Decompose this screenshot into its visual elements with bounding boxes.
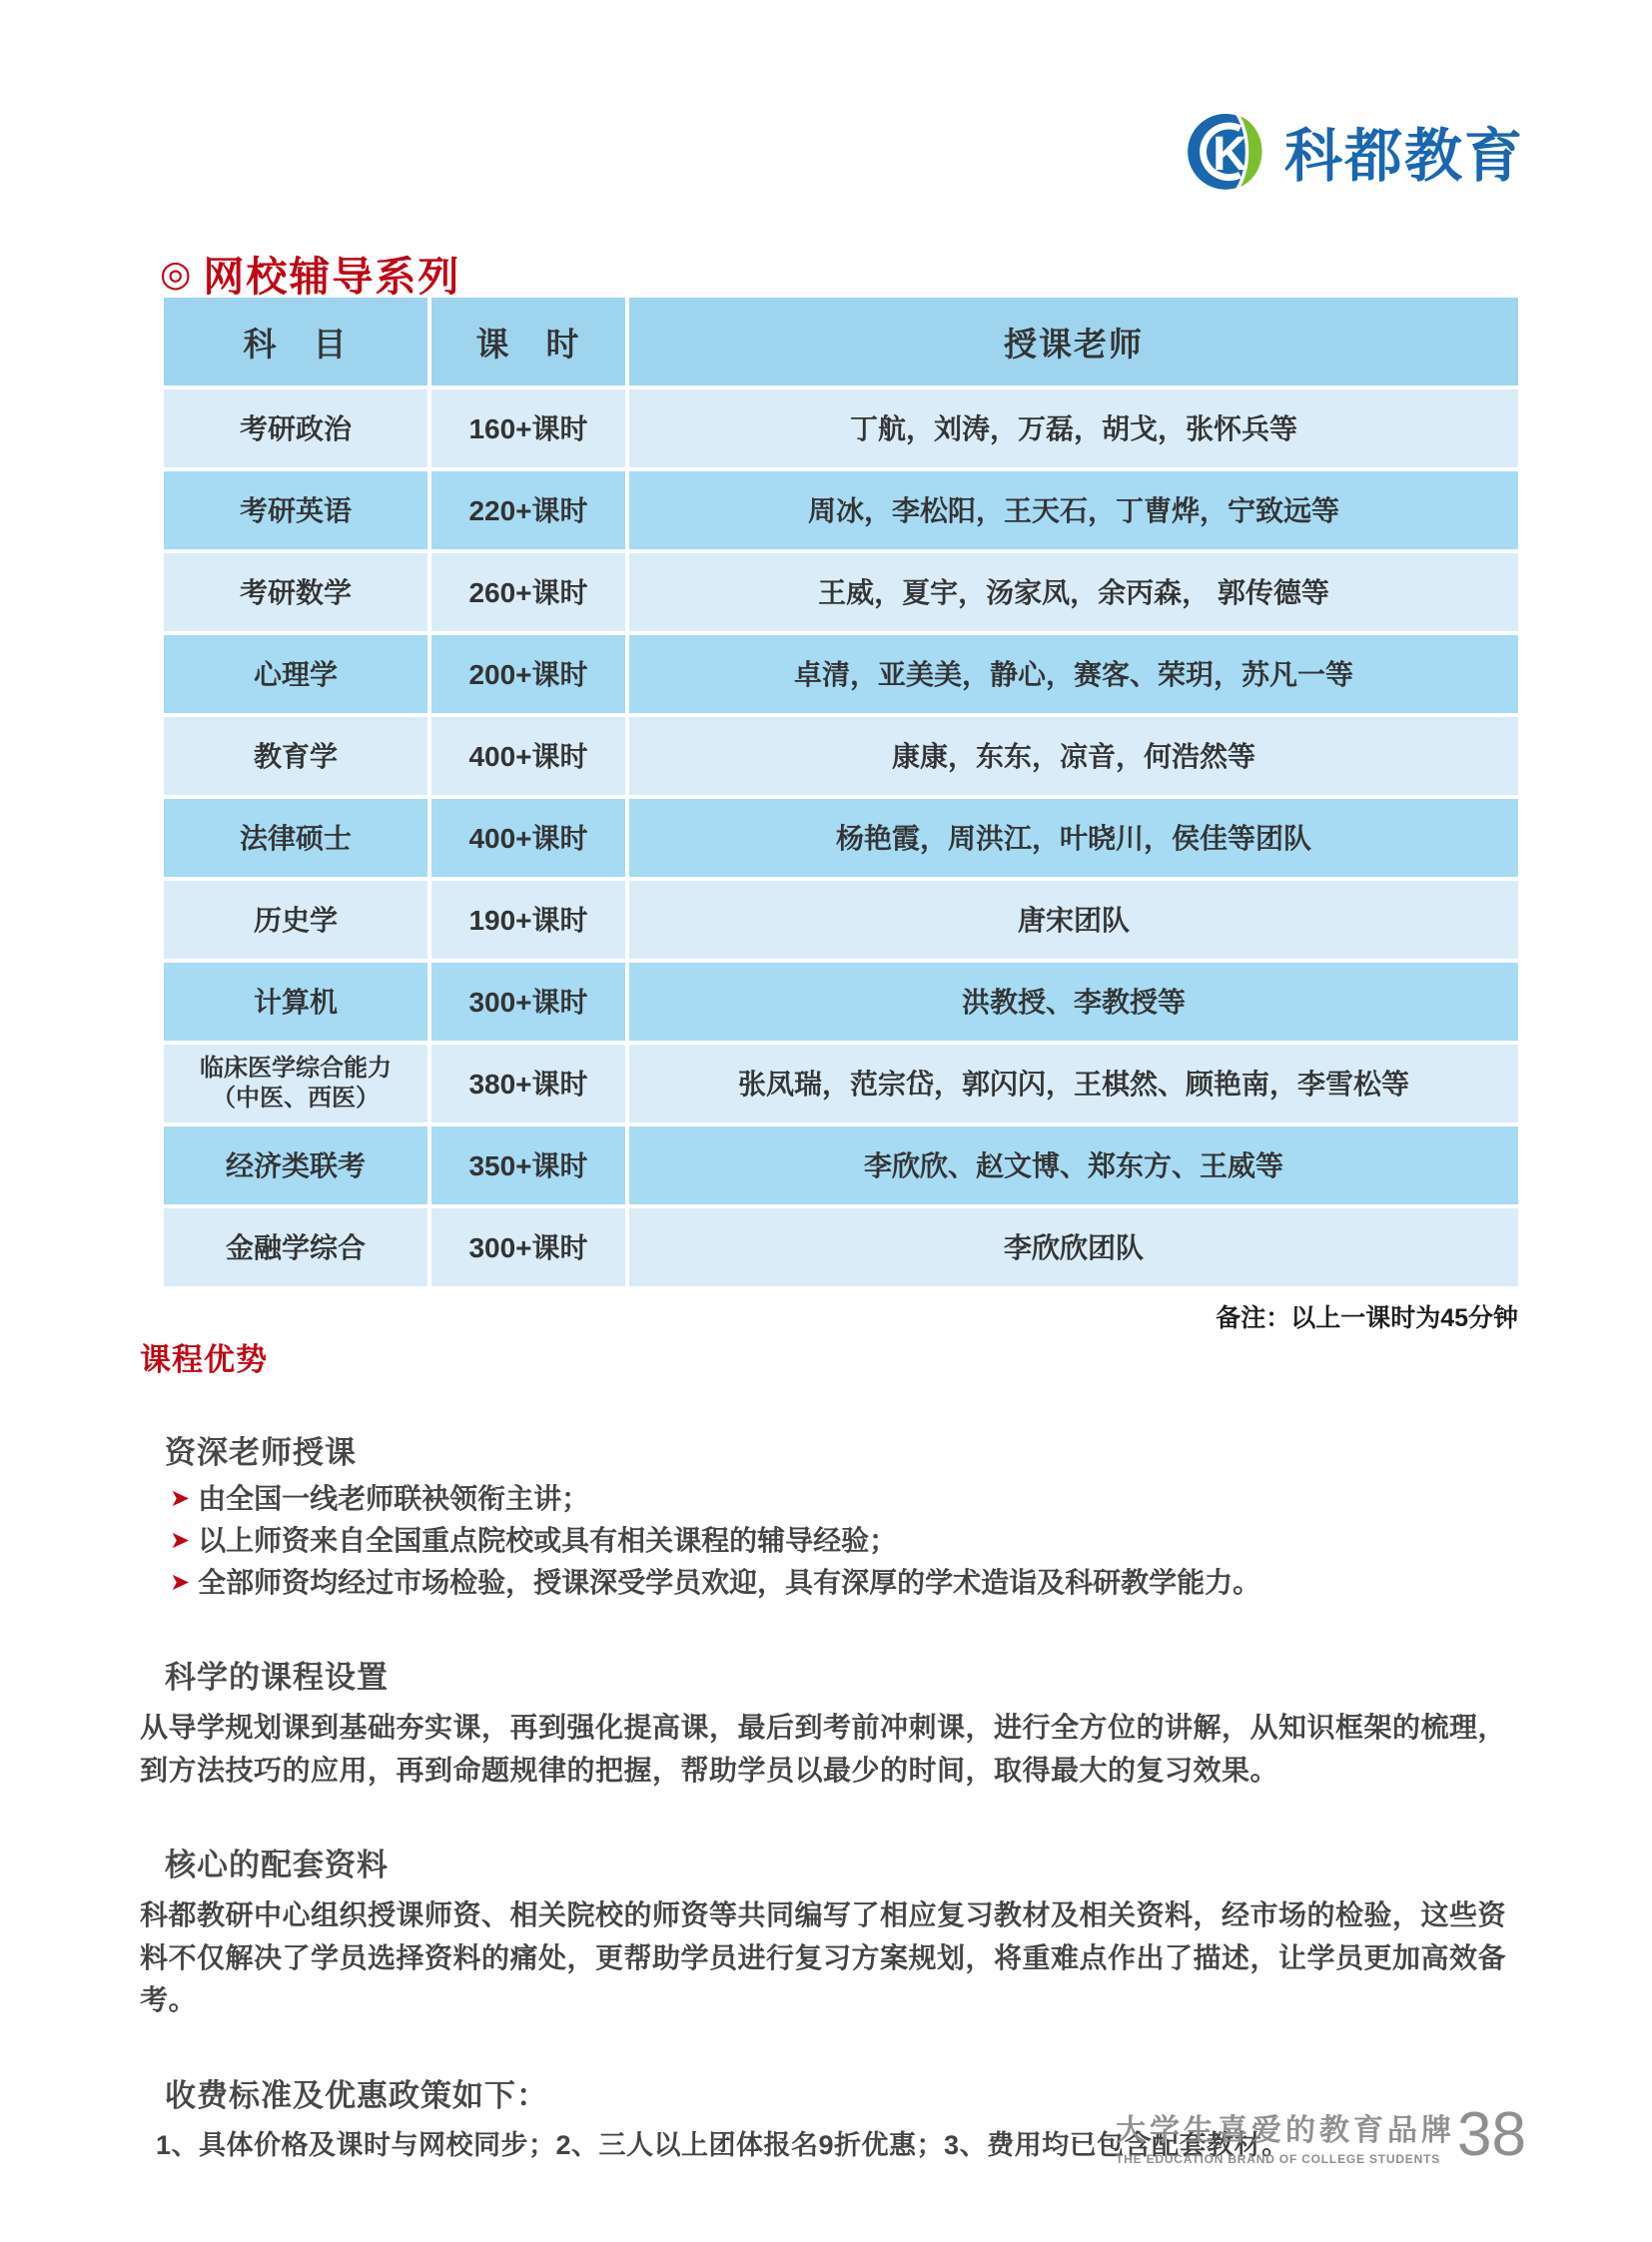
course-advantages-section: 课程优势 资深老师授课 ➤ 由全国一线老师联袂领衔主讲； ➤ 以上师资来自全国重… bbox=[140, 1334, 1532, 2166]
table-header-subject: 科 目 bbox=[164, 298, 427, 385]
teachers-cell: 康康，东东，凉音，何浩然等 bbox=[629, 717, 1518, 795]
subject-cell: 历史学 bbox=[164, 881, 427, 959]
hours-cell: 380+课时 bbox=[431, 1045, 625, 1122]
kd-logo-icon: K bbox=[1187, 108, 1276, 194]
subject-cell: 金融学综合 bbox=[164, 1208, 427, 1286]
adv-heading-materials: 核心的配套资料 bbox=[165, 1840, 1532, 1884]
brand-logo: K 科都教育 bbox=[1187, 108, 1524, 194]
hours-cell: 300+课时 bbox=[431, 963, 625, 1041]
teachers-cell: 唐宋团队 bbox=[629, 881, 1518, 959]
subject-cell: 经济类联考 bbox=[164, 1126, 427, 1204]
teachers-cell: 王威，夏宇，汤家凤，余丙森， 郭传德等 bbox=[629, 553, 1518, 631]
hours-cell: 220+课时 bbox=[431, 471, 625, 549]
table-header-teachers: 授课老师 bbox=[629, 298, 1518, 385]
course-table: 科 目 课 时 授课老师 考研政治 160+课时 丁航，刘涛，万磊，胡戈，张怀兵… bbox=[164, 298, 1518, 1286]
teachers-cell: 杨艳霞，周洪江，叶晓川，侯佳等团队 bbox=[629, 799, 1518, 877]
list-item: ➤ 全部师资均经过市场检验，授课深受学员欢迎，具有深厚的学术造诣及科研教学能力。 bbox=[170, 1562, 1532, 1604]
subject-cell: 计算机 bbox=[164, 963, 427, 1041]
table-note: 备注：以上一课时为45分钟 bbox=[164, 1298, 1518, 1334]
subject-cell: 心理学 bbox=[164, 635, 427, 713]
page-number: 38 bbox=[1457, 2109, 1526, 2162]
page-title: ◎ 网校辅导系列 bbox=[160, 244, 460, 303]
list-item: ➤ 由全国一线老师联袂领衔主讲； bbox=[170, 1478, 1532, 1520]
footer-brand-en: THE EDUCATION BRAND OF COLLEGE STUDENTS bbox=[1116, 2152, 1455, 2166]
svg-text:K: K bbox=[1213, 127, 1247, 181]
materials-paragraph: 科都教研中心组织授课师资、相关院校的师资等共同编写了相应复习教材及相关资料，经市… bbox=[140, 1894, 1532, 2022]
hours-cell: 260+课时 bbox=[431, 553, 625, 631]
arrow-bullet-icon: ➤ bbox=[170, 1478, 190, 1520]
subject-cell: 考研政治 bbox=[164, 389, 427, 467]
arrow-bullet-icon: ➤ bbox=[170, 1520, 190, 1562]
footer-brand-cn: 大学生喜爱的教育品牌 bbox=[1116, 2105, 1455, 2149]
adv-heading-curriculum: 科学的课程设置 bbox=[165, 1652, 1532, 1697]
hours-cell: 160+课时 bbox=[431, 389, 625, 467]
page-title-text: 网校辅导系列 bbox=[203, 244, 460, 303]
hours-cell: 300+课时 bbox=[431, 1208, 625, 1286]
subject-cell: 教育学 bbox=[164, 717, 427, 795]
bullet-text: 以上师资来自全国重点院校或具有相关课程的辅导经验； bbox=[198, 1520, 897, 1562]
teacher-bullet-list: ➤ 由全国一线老师联袂领衔主讲； ➤ 以上师资来自全国重点院校或具有相关课程的辅… bbox=[170, 1478, 1532, 1604]
subject-cell: 考研数学 bbox=[164, 553, 427, 631]
subject-cell: 法律硕士 bbox=[164, 799, 427, 877]
teachers-cell: 洪教授、李教授等 bbox=[629, 963, 1518, 1041]
table-header-hours: 课 时 bbox=[431, 298, 625, 385]
teachers-cell: 丁航，刘涛，万磊，胡戈，张怀兵等 bbox=[629, 389, 1518, 467]
hours-cell: 190+课时 bbox=[431, 881, 625, 959]
arrow-bullet-icon: ➤ bbox=[170, 1562, 190, 1604]
bullet-text: 全部师资均经过市场检验，授课深受学员欢迎，具有深厚的学术造诣及科研教学能力。 bbox=[198, 1562, 1260, 1604]
brand-name: 科都教育 bbox=[1284, 109, 1524, 193]
teachers-cell: 李欣欣、赵文博、郑东方、王威等 bbox=[629, 1126, 1518, 1204]
curriculum-paragraph: 从导学规划课到基础夯实课，再到强化提高课，最后到考前冲刺课，进行全方位的讲解，从… bbox=[140, 1707, 1532, 1792]
subject-cell: 考研英语 bbox=[164, 471, 427, 549]
adv-heading-teachers: 资深老师授课 bbox=[165, 1427, 1532, 1472]
teachers-cell: 李欣欣团队 bbox=[629, 1208, 1518, 1286]
hours-cell: 400+课时 bbox=[431, 717, 625, 795]
teachers-cell: 卓清，亚美美，静心，赛客、荣玥，苏凡一等 bbox=[629, 635, 1518, 713]
subject-cell: 临床医学综合能力 （中医、西医） bbox=[164, 1045, 427, 1122]
bullet-text: 由全国一线老师联袂领衔主讲； bbox=[198, 1478, 589, 1520]
footer-brand: 大学生喜爱的教育品牌 THE EDUCATION BRAND OF COLLEG… bbox=[1116, 2105, 1455, 2166]
hours-cell: 200+课时 bbox=[431, 635, 625, 713]
page-footer: 大学生喜爱的教育品牌 THE EDUCATION BRAND OF COLLEG… bbox=[1116, 2105, 1526, 2166]
teachers-cell: 周冰，李松阳，王天石，丁曹烨，宁致远等 bbox=[629, 471, 1518, 549]
teachers-cell: 张凤瑞，范宗岱，郭闪闪，王棋然、顾艳南，李雪松等 bbox=[629, 1045, 1518, 1122]
advantages-title: 课程优势 bbox=[140, 1334, 1532, 1379]
hours-cell: 400+课时 bbox=[431, 799, 625, 877]
list-item: ➤ 以上师资来自全国重点院校或具有相关课程的辅导经验； bbox=[170, 1520, 1532, 1562]
double-circle-bullet-icon: ◎ bbox=[160, 253, 193, 295]
hours-cell: 350+课时 bbox=[431, 1126, 625, 1204]
